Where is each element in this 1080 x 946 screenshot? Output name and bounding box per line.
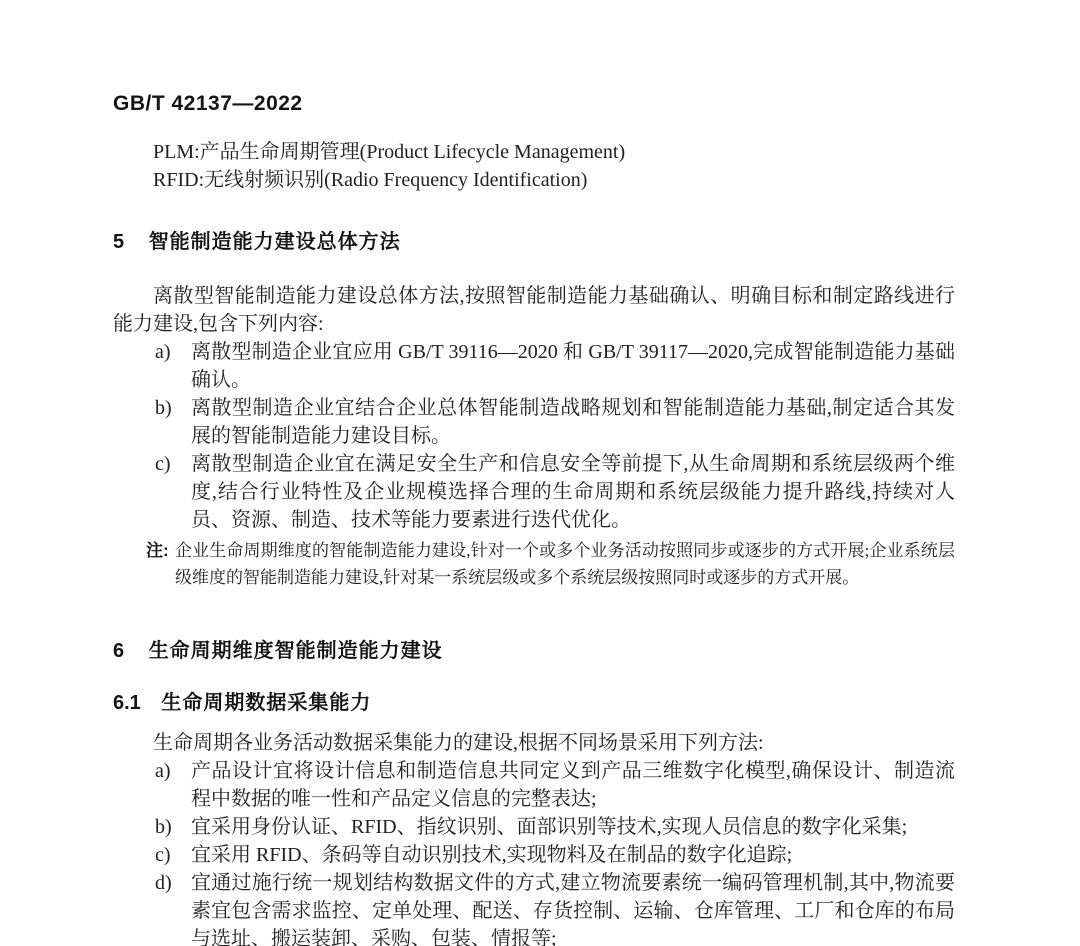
- section-6-title: 生命周期维度智能制造能力建设: [149, 640, 443, 662]
- list-item-text: 宜采用身份认证、RFID、指纹识别、面部识别等技术,实现人员信息的数字化采集;: [191, 816, 907, 838]
- abbreviation-plm: PLM:产品生命周期管理(Product Lifecycle Managemen…: [113, 138, 955, 166]
- list-item-5b: b) 离散型制造企业宜结合企业总体智能制造战略规划和智能制造能力基础,制定适合其…: [113, 394, 955, 450]
- list-item-text: 离散型制造企业宜应用 GB/T 39116—2020 和 GB/T 39117—…: [191, 341, 955, 391]
- doc-number: GB/T 42137—2022: [113, 92, 955, 116]
- list-item-label: a): [155, 338, 171, 366]
- list-item-5c: c) 离散型制造企业宜在满足安全生产和信息安全等前提下,从生命周期和系统层级两个…: [113, 450, 955, 534]
- list-item-text: 离散型制造企业宜结合企业总体智能制造战略规划和智能制造能力基础,制定适合其发展的…: [191, 397, 955, 447]
- list-item-label: d): [155, 869, 172, 897]
- note-label: 注:: [146, 537, 169, 564]
- list-item-label: c): [155, 450, 171, 478]
- section-5-number: 5: [113, 228, 124, 256]
- note-text: 企业生命周期维度的智能制造能力建设,针对一个或多个业务活动按照同步或逐步的方式开…: [175, 541, 955, 587]
- section-5-item-list: a) 离散型制造企业宜应用 GB/T 39116—2020 和 GB/T 391…: [113, 338, 955, 534]
- page-content: GB/T 42137—2022 PLM:产品生命周期管理(Product Lif…: [113, 0, 955, 946]
- section-5-heading: 5 智能制造能力建设总体方法: [113, 228, 955, 256]
- section-6-1-title: 生命周期数据采集能力: [161, 692, 371, 714]
- list-item-61b: b) 宜采用身份认证、RFID、指纹识别、面部识别等技术,实现人员信息的数字化采…: [113, 813, 955, 841]
- list-item-61a: a) 产品设计宜将设计信息和制造信息共同定义到产品三维数字化模型,确保设计、制造…: [113, 757, 955, 813]
- section-6-heading: 6 生命周期维度智能制造能力建设: [113, 637, 955, 665]
- section-5-intro: 离散型智能制造能力建设总体方法,按照智能制造能力基础确认、明确目标和制定路线进行…: [113, 282, 955, 338]
- list-item-label: b): [155, 813, 172, 841]
- document-page: GB/T 42137—2022 PLM:产品生命周期管理(Product Lif…: [0, 0, 1080, 946]
- list-item-label: b): [155, 394, 172, 422]
- list-item-5a: a) 离散型制造企业宜应用 GB/T 39116—2020 和 GB/T 391…: [113, 338, 955, 394]
- section-6-number: 6: [113, 637, 124, 665]
- list-item-text: 宜采用 RFID、条码等自动识别技术,实现物料及在制品的数字化追踪;: [191, 844, 792, 866]
- list-item-text: 离散型制造企业宜在满足安全生产和信息安全等前提下,从生命周期和系统层级两个维度,…: [191, 453, 955, 531]
- list-item-61c: c) 宜采用 RFID、条码等自动识别技术,实现物料及在制品的数字化追踪;: [113, 841, 955, 869]
- section-6-1-intro: 生命周期各业务活动数据采集能力的建设,根据不同场景采用下列方法:: [113, 729, 955, 757]
- section-5-title: 智能制造能力建设总体方法: [149, 231, 401, 253]
- abbreviation-list: PLM:产品生命周期管理(Product Lifecycle Managemen…: [113, 138, 955, 194]
- list-item-label: a): [155, 757, 171, 785]
- list-item-label: c): [155, 841, 171, 869]
- list-item-text: 宜通过施行统一规划结构数据文件的方式,建立物流要素统一编码管理机制,其中,物流要…: [191, 872, 955, 946]
- section-5-note: 注: 企业生命周期维度的智能制造能力建设,针对一个或多个业务活动按照同步或逐步的…: [113, 537, 955, 591]
- section-6-1-heading: 6.1 生命周期数据采集能力: [113, 689, 955, 717]
- section-6-1-item-list: a) 产品设计宜将设计信息和制造信息共同定义到产品三维数字化模型,确保设计、制造…: [113, 757, 955, 946]
- list-item-text: 产品设计宜将设计信息和制造信息共同定义到产品三维数字化模型,确保设计、制造流程中…: [191, 760, 955, 810]
- list-item-61d: d) 宜通过施行统一规划结构数据文件的方式,建立物流要素统一编码管理机制,其中,…: [113, 869, 955, 946]
- abbreviation-rfid: RFID:无线射频识别(Radio Frequency Identificati…: [113, 166, 955, 194]
- section-6-1-number: 6.1: [113, 689, 141, 717]
